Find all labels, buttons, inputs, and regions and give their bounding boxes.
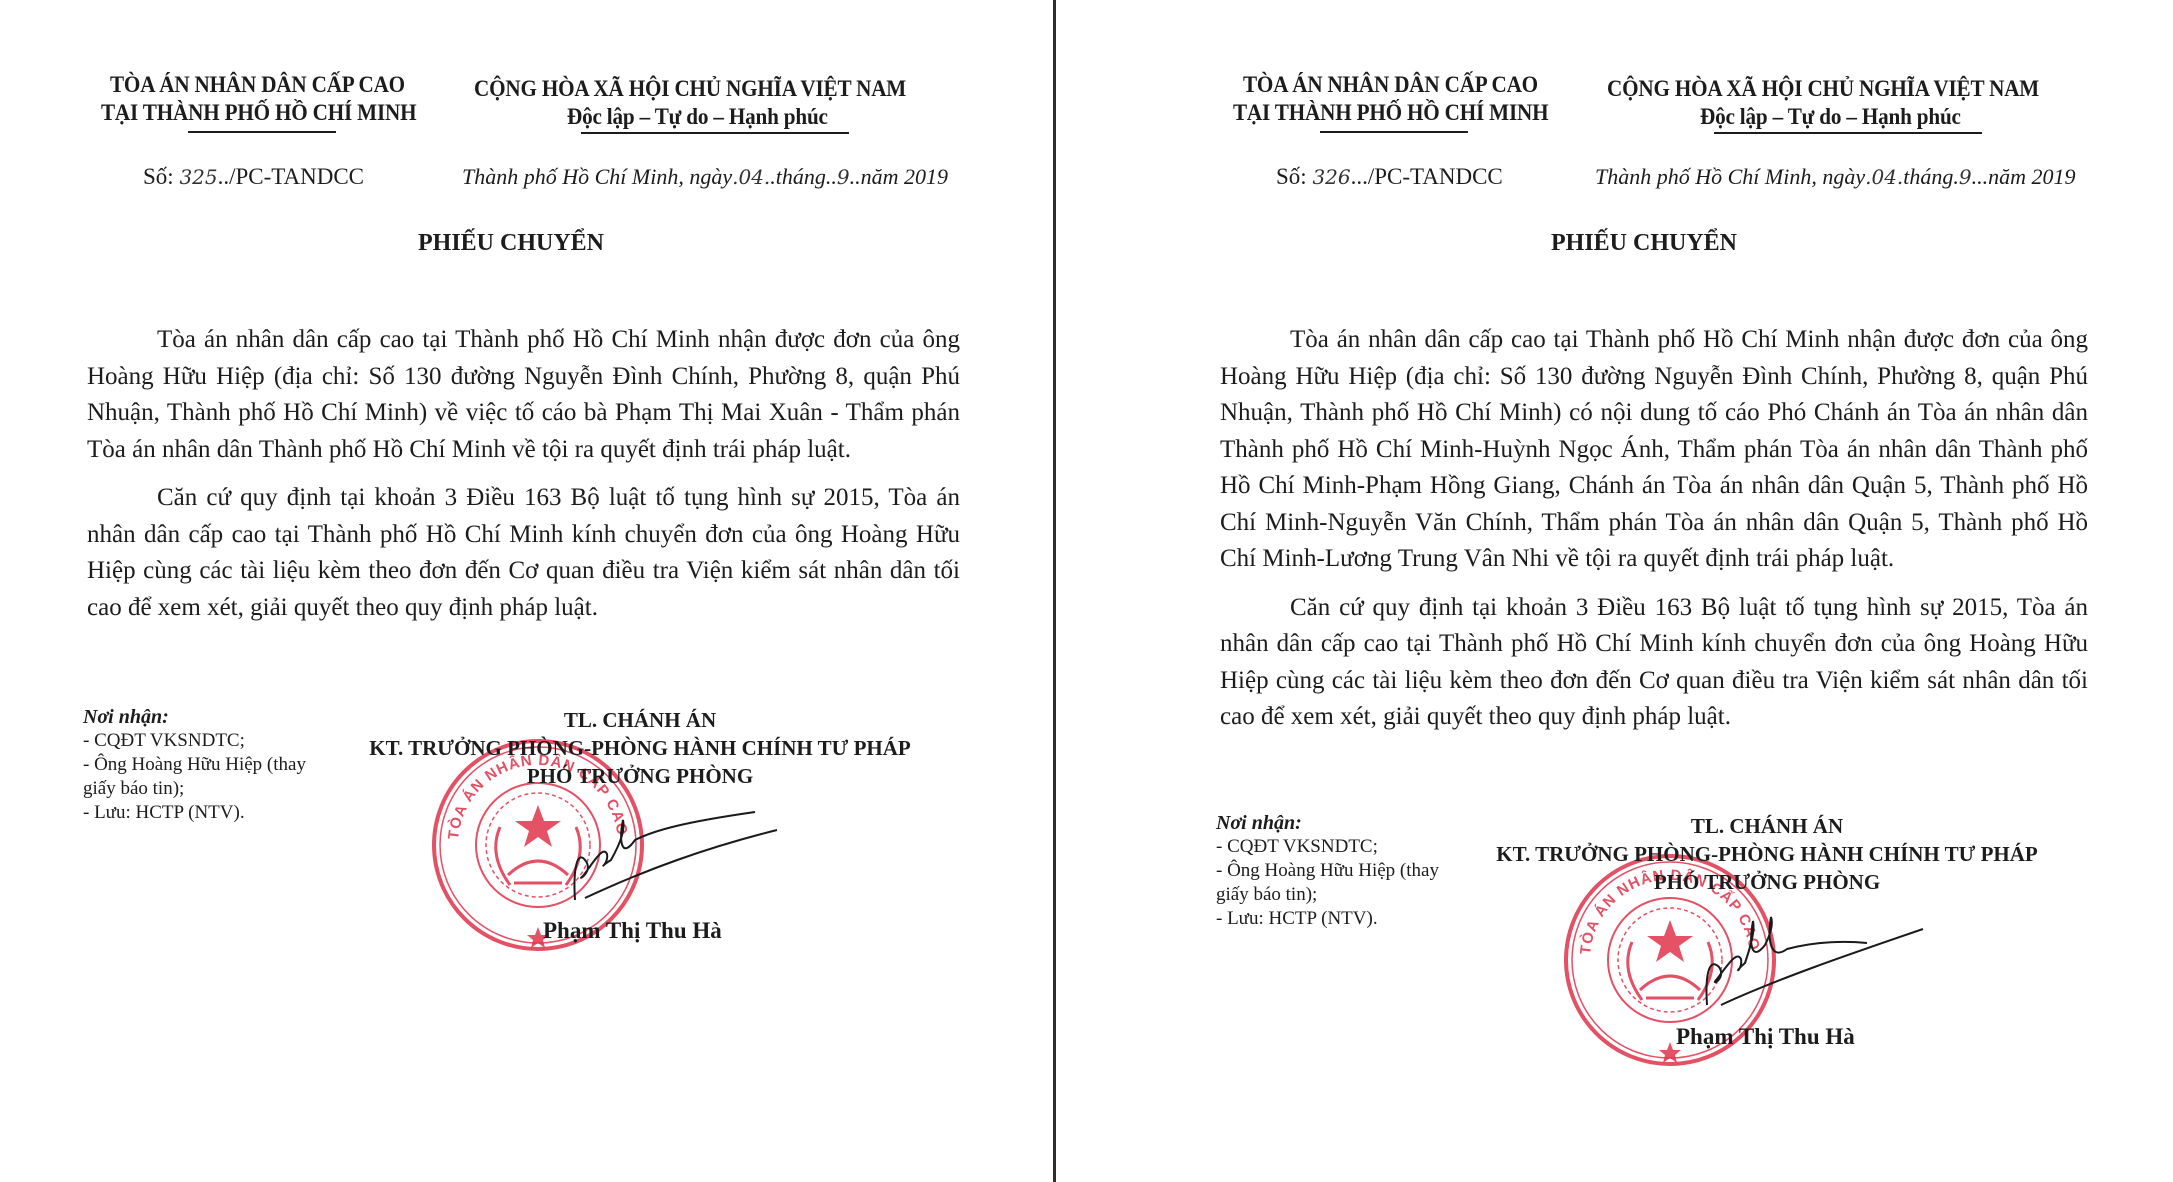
court-name-line1: TÒA ÁN NHÂN DÂN CẤP CAO: [1243, 72, 1538, 98]
recipient-item: giấy báo tin);: [83, 777, 306, 801]
court-name-line2: TẠI THÀNH PHỐ HỒ CHÍ MINH: [101, 100, 416, 126]
document-number: Số: 325../PC-TANDCC: [143, 164, 364, 190]
sign-department: KT. TRƯỞNG PHÒNG-PHÒNG HÀNH CHÍNH TƯ PHÁ…: [330, 734, 950, 762]
document-date: Thành phố Hồ Chí Minh, ngày.04..tháng..9…: [462, 164, 948, 190]
document-body: Tòa án nhân dân cấp cao tại Thành phố Hồ…: [87, 322, 960, 638]
document-left: TÒA ÁN NHÂN DÂN CẤP CAO TẠI THÀNH PHỐ HỒ…: [0, 0, 1055, 1182]
signature-block: TL. CHÁNH ÁN KT. TRƯỞNG PHÒNG-PHÒNG HÀNH…: [1457, 812, 2077, 896]
motto: Độc lập – Tự do – Hạnh phúc: [1700, 104, 1961, 130]
handwritten-signature: [555, 800, 785, 915]
motto-underline: [1714, 132, 1982, 134]
recipient-item: - Ông Hoàng Hữu Hiệp (thay: [1216, 859, 1439, 883]
recipient-item: - Lưu: HCTP (NTV).: [1216, 907, 1439, 931]
sign-authority: TL. CHÁNH ÁN: [330, 706, 950, 734]
sign-position: PHÓ TRƯỞNG PHÒNG: [1457, 868, 2077, 896]
recipients-block: Nơi nhận: - CQĐT VKSNDTC; - Ông Hoàng Hữ…: [1216, 812, 1439, 931]
document-date: Thành phố Hồ Chí Minh, ngày.04.tháng.9..…: [1595, 164, 2076, 190]
page-divider: [1053, 0, 1056, 1182]
court-name-line2: TẠI THÀNH PHỐ HỒ CHÍ MINH: [1233, 100, 1548, 126]
recipients-title: Nơi nhận:: [83, 706, 306, 729]
motto-underline: [581, 132, 849, 134]
handwritten-signature: [1687, 905, 1927, 1020]
court-underline: [1320, 131, 1468, 133]
sign-position: PHÓ TRƯỞNG PHÒNG: [330, 762, 950, 790]
document-number: Số: 326.../PC-TANDCC: [1276, 164, 1503, 190]
recipient-item: - CQĐT VKSNDTC;: [1216, 835, 1439, 859]
document-title: PHIẾU CHUYỂN: [418, 230, 604, 257]
court-name-line1: TÒA ÁN NHÂN DÂN CẤP CAO: [110, 72, 405, 98]
nation-line1: CỘNG HÒA XÃ HỘI CHỦ NGHĨA VIỆT NAM: [474, 76, 906, 102]
document-body: Tòa án nhân dân cấp cao tại Thành phố Hồ…: [1220, 322, 2088, 748]
sign-department: KT. TRƯỞNG PHÒNG-PHÒNG HÀNH CHÍNH TƯ PHÁ…: [1457, 840, 2077, 868]
body-paragraph: Tòa án nhân dân cấp cao tại Thành phố Hồ…: [1220, 322, 2088, 578]
body-paragraph: Tòa án nhân dân cấp cao tại Thành phố Hồ…: [87, 322, 960, 468]
nation-line1: CỘNG HÒA XÃ HỘI CHỦ NGHĨA VIỆT NAM: [1607, 76, 2039, 102]
signature-block: TL. CHÁNH ÁN KT. TRƯỞNG PHÒNG-PHÒNG HÀNH…: [330, 706, 950, 790]
signer-name: Phạm Thị Thu Hà: [543, 918, 722, 944]
recipient-item: - Lưu: HCTP (NTV).: [83, 801, 306, 825]
document-right: TÒA ÁN NHÂN DÂN CẤP CAO TẠI THÀNH PHỐ HỒ…: [1057, 0, 2173, 1182]
motto: Độc lập – Tự do – Hạnh phúc: [567, 104, 828, 130]
signer-name: Phạm Thị Thu Hà: [1676, 1024, 1855, 1050]
recipients-block: Nơi nhận: - CQĐT VKSNDTC; - Ông Hoàng Hữ…: [83, 706, 306, 825]
recipient-item: giấy báo tin);: [1216, 883, 1439, 907]
handwritten-number: 326: [1312, 165, 1350, 189]
recipient-item: - Ông Hoàng Hữu Hiệp (thay: [83, 753, 306, 777]
body-paragraph: Căn cứ quy định tại khoản 3 Điều 163 Bộ …: [87, 480, 960, 626]
court-underline: [188, 131, 336, 133]
document-title: PHIẾU CHUYỂN: [1551, 230, 1737, 257]
body-paragraph: Căn cứ quy định tại khoản 3 Điều 163 Bộ …: [1220, 590, 2088, 736]
recipient-item: - CQĐT VKSNDTC;: [83, 729, 306, 753]
recipients-title: Nơi nhận:: [1216, 812, 1439, 835]
handwritten-number: 325: [179, 165, 217, 189]
sign-authority: TL. CHÁNH ÁN: [1457, 812, 2077, 840]
